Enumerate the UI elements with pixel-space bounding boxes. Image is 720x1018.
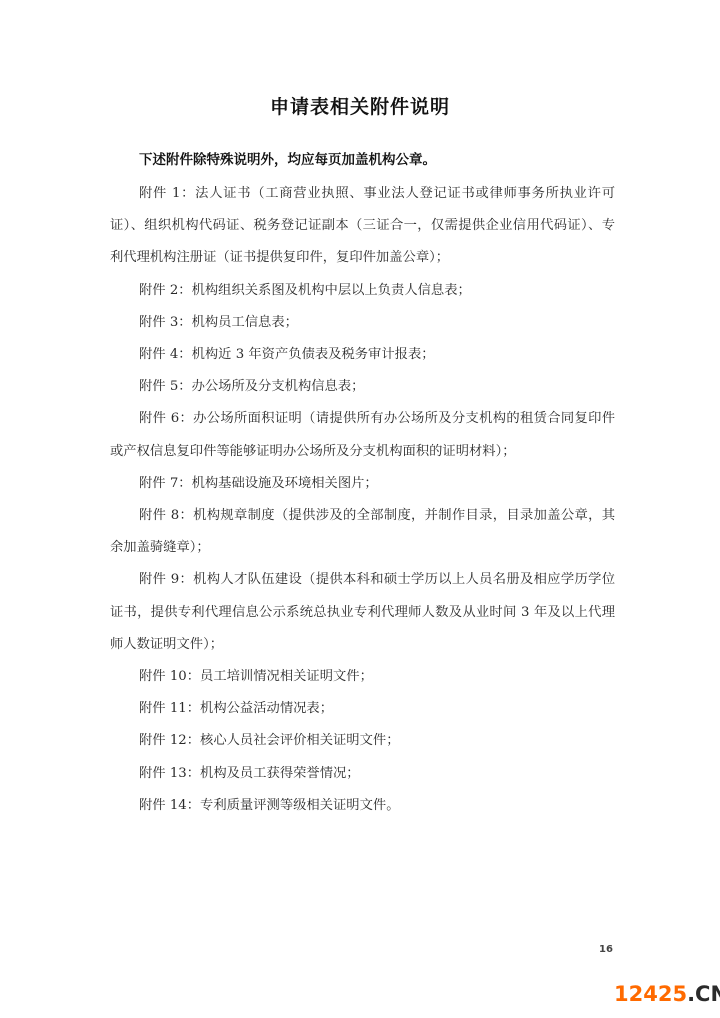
attachment-item-14: 附件 14：专利质量评测等级相关证明文件。	[110, 790, 615, 822]
attachment-item-1: 附件 1：法人证书（工商营业执照、事业法人登记证书或律师事务所执业许可证）、组织…	[110, 178, 615, 275]
attachment-item-2: 附件 2：机构组织关系图及机构中层以上负责人信息表；	[110, 275, 615, 307]
intro-note: 下述附件除特殊说明外，均应每页加盖机构公章。	[139, 148, 436, 168]
page-number: 16	[599, 944, 613, 955]
attachment-item-12: 附件 12：核心人员社会评价相关证明文件；	[110, 725, 615, 757]
watermark-tld: .CN	[687, 982, 720, 1006]
site-watermark: 12425.CN	[614, 982, 720, 1006]
document-page: 申请表相关附件说明 下述附件除特殊说明外，均应每页加盖机构公章。 附件 1：法人…	[0, 0, 720, 1018]
attachment-item-4: 附件 4：机构近 3 年资产负债表及税务审计报表；	[110, 339, 615, 371]
attachment-item-10: 附件 10：员工培训情况相关证明文件；	[110, 661, 615, 693]
attachment-item-7: 附件 7：机构基础设施及环境相关图片；	[110, 468, 615, 500]
attachment-list: 附件 1：法人证书（工商营业执照、事业法人登记证书或律师事务所执业许可证）、组织…	[110, 178, 615, 822]
page-title: 申请表相关附件说明	[0, 92, 720, 119]
attachment-item-3: 附件 3：机构员工信息表；	[110, 307, 615, 339]
attachment-item-8: 附件 8：机构规章制度（提供涉及的全部制度，并制作目录，目录加盖公章，其余加盖骑…	[110, 500, 615, 564]
attachment-item-11: 附件 11：机构公益活动情况表；	[110, 693, 615, 725]
attachment-item-5: 附件 5：办公场所及分支机构信息表；	[110, 371, 615, 403]
attachment-item-6: 附件 6：办公场所面积证明（请提供所有办公场所及分支机构的租赁合同复印件或产权信…	[110, 403, 615, 467]
attachment-item-9: 附件 9：机构人才队伍建设（提供本科和硕士学历以上人员名册及相应学历学位证书，提…	[110, 564, 615, 661]
watermark-number: 12425	[614, 982, 687, 1006]
attachment-item-13: 附件 13：机构及员工获得荣誉情况；	[110, 758, 615, 790]
